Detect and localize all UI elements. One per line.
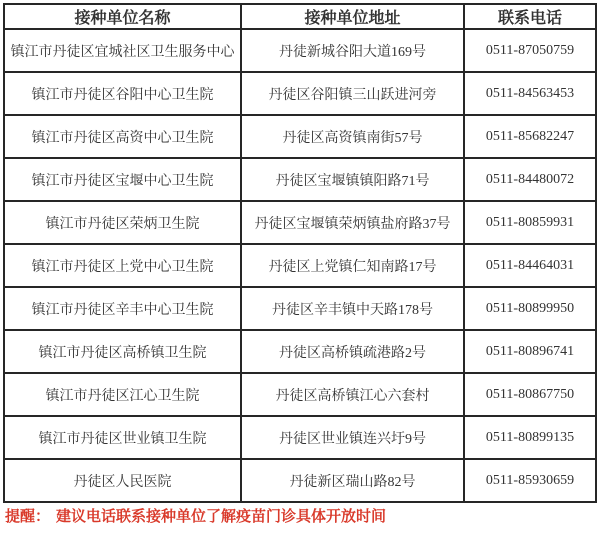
cell-unit-name: 镇江市丹徒区辛丰中心卫生院	[4, 287, 241, 330]
footer-note-label: 提醒：	[5, 509, 50, 525]
cell-phone: 0511-80859931	[464, 201, 596, 244]
table-row: 镇江市丹徒区高桥镇卫生院丹徒区高桥镇疏港路2号0511-80896741	[4, 330, 596, 373]
footer-note-text: 建议电话联系接种单位了解疫苗门诊具体开放时间	[56, 509, 386, 525]
cell-unit-address: 丹徒新区瑞山路82号	[241, 459, 464, 502]
table-row: 镇江市丹徒区上党中心卫生院丹徒区上党镇仁知南路17号0511-84464031	[4, 244, 596, 287]
cell-unit-address: 丹徒新城谷阳大道169号	[241, 29, 464, 72]
table-row: 镇江市丹徒区荣炳卫生院丹徒区宝堰镇荣炳镇盐府路37号0511-80859931	[4, 201, 596, 244]
cell-unit-name: 镇江市丹徒区上党中心卫生院	[4, 244, 241, 287]
column-header-unit-name: 接种单位名称	[4, 4, 241, 29]
cell-unit-name: 镇江市丹徒区高资中心卫生院	[4, 115, 241, 158]
column-header-phone: 联系电话	[464, 4, 596, 29]
cell-phone: 0511-80899135	[464, 416, 596, 459]
cell-phone: 0511-87050759	[464, 29, 596, 72]
cell-unit-address: 丹徒区上党镇仁知南路17号	[241, 244, 464, 287]
table-row: 镇江市丹徒区江心卫生院丹徒区高桥镇江心六套村0511-80867750	[4, 373, 596, 416]
cell-phone: 0511-85682247	[464, 115, 596, 158]
table-header: 接种单位名称 接种单位地址 联系电话	[4, 4, 596, 29]
cell-unit-name: 镇江市丹徒区高桥镇卫生院	[4, 330, 241, 373]
cell-unit-name: 丹徒区人民医院	[4, 459, 241, 502]
cell-phone: 0511-84480072	[464, 158, 596, 201]
cell-unit-address: 丹徒区高桥镇疏港路2号	[241, 330, 464, 373]
cell-unit-name: 镇江市丹徒区宜城社区卫生服务中心	[4, 29, 241, 72]
table-row: 镇江市丹徒区高资中心卫生院丹徒区高资镇南街57号0511-85682247	[4, 115, 596, 158]
cell-phone: 0511-80896741	[464, 330, 596, 373]
column-header-unit-address: 接种单位地址	[241, 4, 464, 29]
cell-unit-address: 丹徒区谷阳镇三山跃进河旁	[241, 72, 464, 115]
page: 接种单位名称 接种单位地址 联系电话 镇江市丹徒区宜城社区卫生服务中心丹徒新城谷…	[0, 0, 600, 533]
cell-phone: 0511-80899950	[464, 287, 596, 330]
footer-note: 提醒：建议电话联系接种单位了解疫苗门诊具体开放时间	[5, 506, 386, 528]
cell-unit-name: 镇江市丹徒区江心卫生院	[4, 373, 241, 416]
table-row: 镇江市丹徒区世业镇卫生院丹徒区世业镇连兴圩9号0511-80899135	[4, 416, 596, 459]
cell-phone: 0511-85930659	[464, 459, 596, 502]
table-body: 镇江市丹徒区宜城社区卫生服务中心丹徒新城谷阳大道169号0511-8705075…	[4, 29, 596, 502]
cell-unit-name: 镇江市丹徒区荣炳卫生院	[4, 201, 241, 244]
cell-unit-address: 丹徒区宝堰镇镇阳路71号	[241, 158, 464, 201]
cell-phone: 0511-84563453	[464, 72, 596, 115]
vaccination-units-table: 接种单位名称 接种单位地址 联系电话 镇江市丹徒区宜城社区卫生服务中心丹徒新城谷…	[3, 3, 597, 503]
cell-unit-name: 镇江市丹徒区谷阳中心卫生院	[4, 72, 241, 115]
table-row: 镇江市丹徒区谷阳中心卫生院丹徒区谷阳镇三山跃进河旁0511-84563453	[4, 72, 596, 115]
table-row: 镇江市丹徒区辛丰中心卫生院丹徒区辛丰镇中天路178号0511-80899950	[4, 287, 596, 330]
table-row: 镇江市丹徒区宝堰中心卫生院丹徒区宝堰镇镇阳路71号0511-84480072	[4, 158, 596, 201]
table-row: 镇江市丹徒区宜城社区卫生服务中心丹徒新城谷阳大道169号0511-8705075…	[4, 29, 596, 72]
header-row: 接种单位名称 接种单位地址 联系电话	[4, 4, 596, 29]
cell-unit-address: 丹徒区高桥镇江心六套村	[241, 373, 464, 416]
table-row: 丹徒区人民医院丹徒新区瑞山路82号0511-85930659	[4, 459, 596, 502]
cell-phone: 0511-80867750	[464, 373, 596, 416]
cell-unit-address: 丹徒区高资镇南街57号	[241, 115, 464, 158]
cell-phone: 0511-84464031	[464, 244, 596, 287]
cell-unit-name: 镇江市丹徒区宝堰中心卫生院	[4, 158, 241, 201]
cell-unit-address: 丹徒区辛丰镇中天路178号	[241, 287, 464, 330]
cell-unit-name: 镇江市丹徒区世业镇卫生院	[4, 416, 241, 459]
cell-unit-address: 丹徒区世业镇连兴圩9号	[241, 416, 464, 459]
cell-unit-address: 丹徒区宝堰镇荣炳镇盐府路37号	[241, 201, 464, 244]
